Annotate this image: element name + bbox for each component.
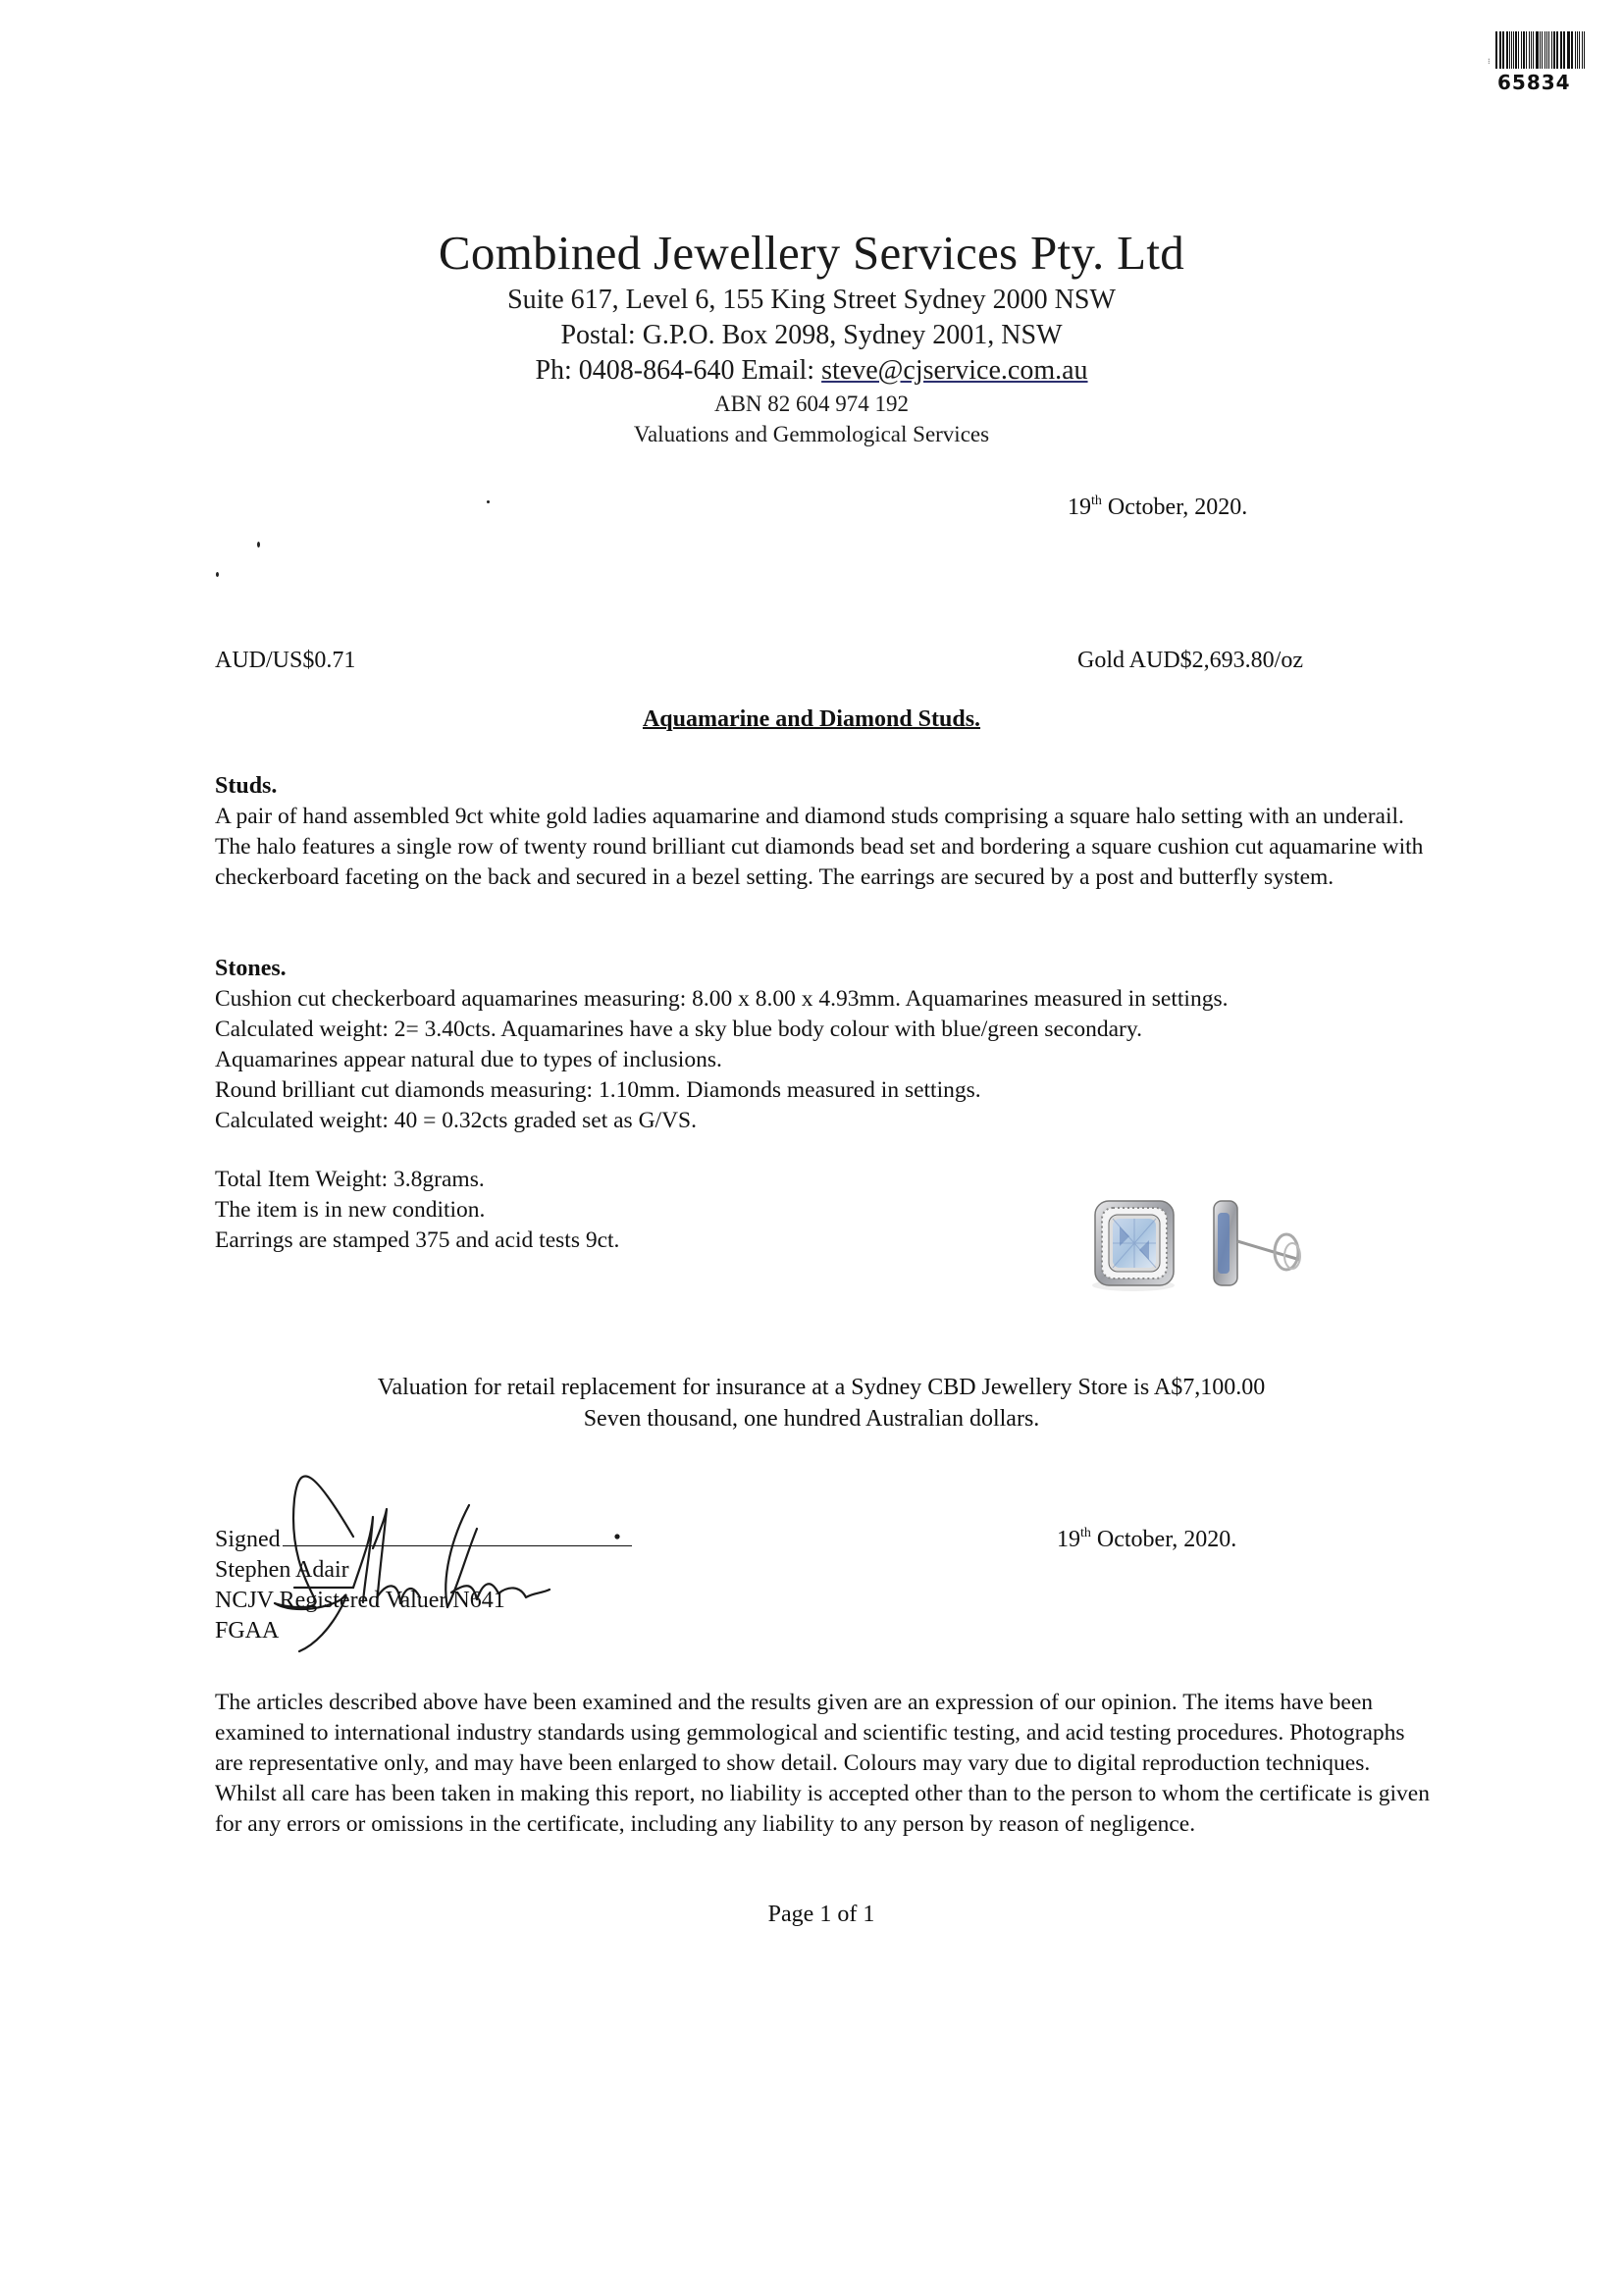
studs-description: A pair of hand assembled 9ct white gold … bbox=[215, 802, 1432, 893]
exchange-rate: AUD/US$0.71 bbox=[215, 648, 355, 674]
barcode-bar bbox=[1499, 31, 1500, 69]
barcode-bar bbox=[1542, 31, 1543, 69]
earrings-photo bbox=[1065, 1187, 1320, 1295]
barcode-bar bbox=[1551, 31, 1552, 69]
barcode-mark: ⁝ bbox=[1488, 57, 1491, 66]
barcode-bar bbox=[1513, 31, 1514, 69]
company-services: Valuations and Gemmological Services bbox=[0, 419, 1623, 449]
barcode-icon bbox=[1495, 31, 1586, 69]
signature-date: 19th October, 2020. bbox=[1057, 1526, 1236, 1553]
stones-line: Calculated weight: 2= 3.40cts. Aquamarin… bbox=[215, 1015, 1432, 1045]
company-contact: Ph: 0408-864-640 Email: steve@cjservice.… bbox=[0, 353, 1623, 389]
stones-heading: Stones. bbox=[215, 954, 1432, 984]
barcode-bar bbox=[1571, 31, 1573, 69]
valuation-words: Seven thousand, one hundred Australian d… bbox=[0, 1403, 1623, 1435]
document-title-text: Aquamarine and Diamond Studs. bbox=[643, 706, 980, 732]
barcode-bar bbox=[1584, 31, 1585, 69]
barcode-number: 65834 bbox=[1497, 71, 1571, 94]
signature-line bbox=[283, 1525, 632, 1546]
stones-line: Aquamarines appear natural due to types … bbox=[215, 1045, 1432, 1075]
barcode-bar bbox=[1500, 31, 1501, 69]
company-name: Combined Jewellery Services Pty. Ltd bbox=[0, 224, 1623, 283]
studs-section: Studs. A pair of hand assembled 9ct whit… bbox=[215, 771, 1432, 893]
document-title: Aquamarine and Diamond Studs. bbox=[0, 706, 1623, 733]
barcode-bar bbox=[1523, 31, 1525, 69]
barcode-bar bbox=[1521, 31, 1522, 69]
signature-block: Signed Stephen Adair NCJV Registered Val… bbox=[215, 1525, 632, 1646]
barcode-bar bbox=[1579, 31, 1581, 69]
date-rest: October, 2020. bbox=[1091, 1527, 1236, 1552]
company-phone: Ph: 0408-864-640 Email: bbox=[535, 355, 821, 386]
company-postal: Postal: G.P.O. Box 2098, Sydney 2001, NS… bbox=[0, 318, 1623, 353]
email-link[interactable]: steve@cjservice.com.au bbox=[821, 355, 1087, 386]
barcode-bar bbox=[1548, 31, 1549, 69]
barcode-bar bbox=[1556, 31, 1558, 69]
stones-line: Round brilliant cut diamonds measuring: … bbox=[215, 1075, 1432, 1106]
date-rest: October, 2020. bbox=[1102, 495, 1247, 520]
date-day: 19 bbox=[1068, 495, 1091, 520]
barcode-bar bbox=[1536, 31, 1538, 69]
signer-membership: FGAA bbox=[215, 1616, 632, 1646]
company-address: Suite 617, Level 6, 155 King Street Sydn… bbox=[0, 283, 1623, 318]
barcode-bar bbox=[1531, 31, 1533, 69]
date-ordinal: th bbox=[1091, 494, 1102, 508]
barcode-bar bbox=[1529, 31, 1530, 69]
barcode-bar bbox=[1560, 31, 1561, 69]
signer-name: Stephen Adair bbox=[215, 1555, 632, 1586]
disclaimer-text: The articles described above have been e… bbox=[215, 1688, 1432, 1840]
stones-section: Stones. Cushion cut checkerboard aquamar… bbox=[215, 954, 1432, 1136]
signer-credential: NCJV Registered Valuer N641 bbox=[215, 1586, 632, 1616]
barcode-bar bbox=[1502, 31, 1504, 69]
barcode-bar bbox=[1546, 31, 1548, 69]
signed-line: Signed bbox=[215, 1525, 632, 1555]
date-day: 19 bbox=[1057, 1527, 1080, 1552]
letterhead: Combined Jewellery Services Pty. Ltd Sui… bbox=[0, 224, 1623, 449]
date-ordinal: th bbox=[1080, 1526, 1091, 1540]
barcode-bar bbox=[1540, 31, 1542, 69]
barcode-label: ⁝ 65834 bbox=[1484, 27, 1590, 94]
barcode-bar bbox=[1567, 31, 1568, 69]
barcode-bar bbox=[1495, 31, 1497, 69]
scan-speck bbox=[487, 500, 490, 503]
barcode-bar bbox=[1568, 31, 1570, 69]
stones-line: Cushion cut checkerboard aquamarines mea… bbox=[215, 984, 1432, 1015]
barcode-bar bbox=[1533, 31, 1534, 69]
barcode-bar bbox=[1544, 31, 1545, 69]
barcode-bar bbox=[1553, 31, 1555, 69]
barcode-bar bbox=[1577, 31, 1578, 69]
report-date: 19th October, 2020. bbox=[1068, 494, 1247, 521]
barcode-bar bbox=[1518, 31, 1520, 69]
stones-line: Calculated weight: 40 = 0.32cts graded s… bbox=[215, 1106, 1432, 1136]
barcode-bar bbox=[1582, 31, 1583, 69]
signed-label: Signed bbox=[215, 1527, 281, 1552]
barcode-bar bbox=[1526, 31, 1527, 69]
valuation-amount: Valuation for retail replacement for ins… bbox=[0, 1372, 1623, 1403]
gold-price: Gold AUD$2,693.80/oz bbox=[1077, 648, 1303, 674]
barcode-bar bbox=[1515, 31, 1517, 69]
page-number: Page 1 of 1 bbox=[0, 1902, 1623, 1928]
barcode-bar bbox=[1563, 31, 1565, 69]
scan-speck bbox=[216, 572, 219, 577]
valuation-statement: Valuation for retail replacement for ins… bbox=[0, 1372, 1623, 1435]
barcode-bar bbox=[1511, 31, 1512, 69]
studs-heading: Studs. bbox=[215, 771, 1432, 802]
barcode-bar bbox=[1575, 31, 1576, 69]
scan-speck bbox=[257, 542, 260, 548]
barcode-bar bbox=[1561, 31, 1562, 69]
barcode-bar bbox=[1506, 31, 1508, 69]
company-abn: ABN 82 604 974 192 bbox=[0, 389, 1623, 419]
barcode-bar bbox=[1509, 31, 1510, 69]
